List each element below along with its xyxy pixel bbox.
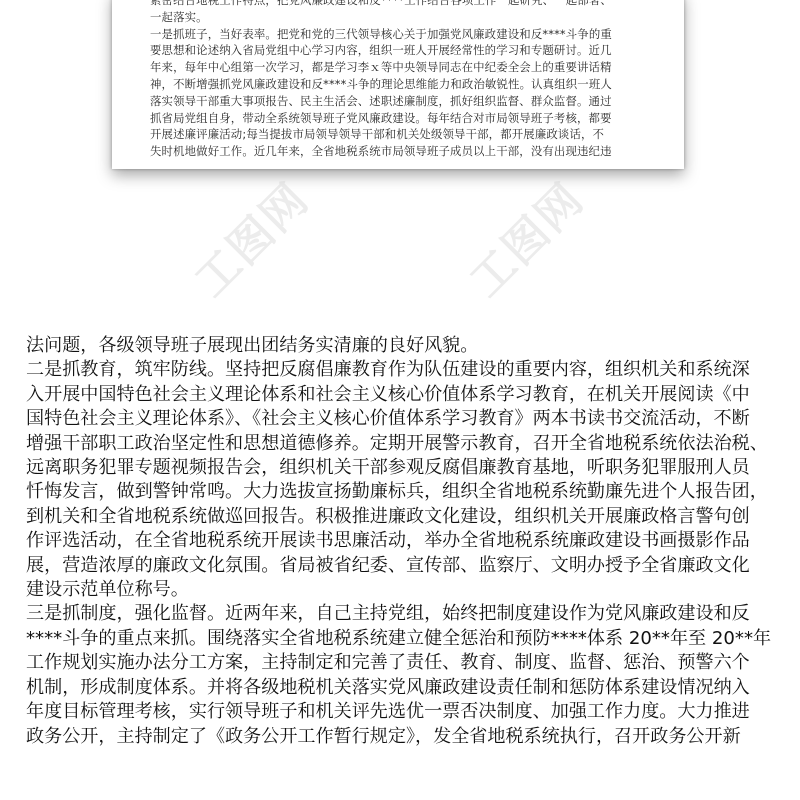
body-line: 国特色社会主义理论体系》、《社会主义核心价值体系学习教育》两本书读书交流活动，不… <box>26 407 786 431</box>
preview-line: 要思想和论述纳入省局党组中心学习内容，组织一班人开展经常性的学习和专题研讨。近几 <box>150 42 650 59</box>
body-line: 忏悔发言，做到警钟常鸣。大力选拔宣扬勤廉标兵，组织全省地税系统勤廉先进个人报告团… <box>26 480 786 504</box>
body-line: 到机关和全省地税系统做巡回报告。积极推进廉政文化建设，组织机关开展廉政格言警句创 <box>26 505 786 529</box>
preview-line: 一是抓班子，当好表率。把党和党的三代领导核心关于加强党风廉政建设和反****斗争… <box>150 26 650 43</box>
preview-line: 年来，每年中心组第一次学习，都是学习李ｘ等中央领导同志在中纪委全会上的重要讲话精 <box>150 59 650 76</box>
document-preview-card: 紧密结合地税工作特点，把党风廉政建设和反****工作结合各项工作一起研究、一起部… <box>112 0 684 169</box>
body-line: 三是抓制度，强化监督。近两年来，自己主持党组，始终把制度建设作为党风廉政建设和反 <box>26 602 786 626</box>
body-line: 增强干部职工政治坚定性和思想道德修养。定期开展警示教育，召开全省地税系统依法治税… <box>26 432 786 456</box>
body-line: 入开展中国特色社会主义理论体系和社会主义核心价值体系学习教育，在机关开展阅读《中 <box>26 383 786 407</box>
body-line: 远离职务犯罪专题视频报告会，组织机关干部参观反腐倡廉教育基地，听职务犯罪服刑人员 <box>26 456 786 480</box>
body-line: 工作规划实施办法分工方案，主持制定和完善了责任、教育、制度、监督、惩治、预警六个 <box>26 651 786 675</box>
body-line: 建设示范单位称号。 <box>26 578 786 602</box>
preview-line: 神，不断增强抓党风廉政建设和反****斗争的理论思维能力和政治敏锐性。认真组织一… <box>150 76 650 93</box>
preview-line: 落实领导干部重大事项报告、民主生活会、述职述廉制度，抓好组织监督、群众监督。通过 <box>150 93 650 110</box>
body-line: 政务公开，主持制定了《政务公开工作暂行规定》，发全省地税系统执行，召开政务公开新 <box>26 725 786 749</box>
watermark: 工图网 <box>178 166 321 309</box>
document-body: 法问题，各级领导班子展现出团结务实清廉的良好风貌。 二是抓教育，筑牢防线。坚持把… <box>26 334 786 749</box>
body-line: 作评选活动，在全省地税系统开展读书思廉活动，举办全省地税系统廉政建设书画摄影作品 <box>26 529 786 553</box>
body-line: 年度目标管理考核，实行领导班子和机关评先选优一票否决制度、加强工作力度。大力推进 <box>26 700 786 724</box>
preview-line: 失时机地做好工作。近几年来，全省地税系统市局领导班子成员以上干部，没有出现违纪违 <box>150 143 650 160</box>
preview-line: 抓省局党组自身，带动全系统领导班子党风廉政建设。每年结合对市局领导班子考核，都要 <box>150 110 650 127</box>
preview-line: 紧密结合地税工作特点，把党风廉政建设和反****工作结合各项工作一起研究、一起部… <box>150 0 650 9</box>
body-line: 机制，形成制度体系。并将各级地税机关落实党风廉政建设责任制和惩防体系建设情况纳入 <box>26 676 786 700</box>
body-line: 法问题，各级领导班子展现出团结务实清廉的良好风貌。 <box>26 334 786 358</box>
preview-line: 一起落实。 <box>150 9 650 26</box>
body-line: 二是抓教育，筑牢防线。坚持把反腐倡廉教育作为队伍建设的重要内容，组织机关和系统深 <box>26 358 786 382</box>
preview-text-block: 紧密结合地税工作特点，把党风廉政建设和反****工作结合各项工作一起研究、一起部… <box>150 0 650 160</box>
body-line: ****斗争的重点来抓。围绕落实全省地税系统建立健全惩治和预防****体系 20… <box>26 627 786 651</box>
watermark: 工图网 <box>453 166 596 309</box>
body-line: 展，营造浓厚的廉政文化氛围。省局被省纪委、宣传部、监察厅、文明办授予全省廉政文化 <box>26 554 786 578</box>
preview-line: 开展述廉评廉活动;每当提拔市局领导领导干部和机关处级领导干部，都开展廉政谈话，不 <box>150 126 650 143</box>
